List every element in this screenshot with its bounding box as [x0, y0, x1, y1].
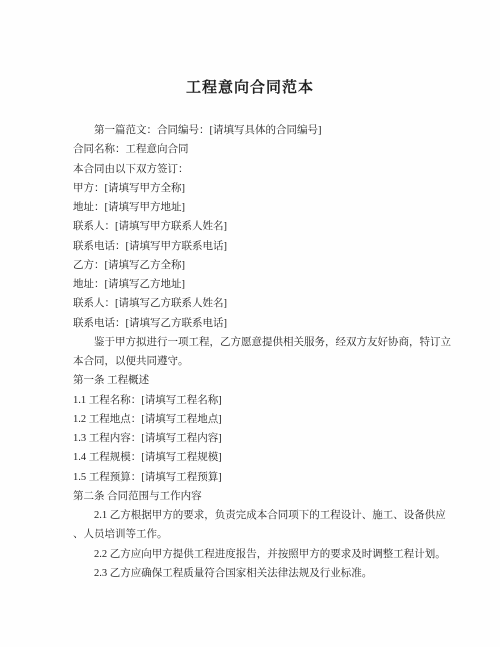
document-line: 1.2 工程地点：[请填写工程地点]: [73, 410, 435, 429]
document-line: 2.1 乙方根据甲方的要求，负责完成本合同项下的工程设计、施工、设备供应: [73, 506, 435, 525]
document-line: 、人员培训等工作。: [73, 525, 435, 544]
document-line: 2.2 乙方应向甲方提供工程进度报告，并按照甲方的要求及时调整工程计划。: [73, 545, 435, 564]
document-line: 1.5 工程预算：[请填写工程预算]: [73, 468, 435, 487]
document-line: 1.3 工程内容：[请填写工程内容]: [73, 429, 435, 448]
document-line: 联系电话：[请填写甲方联系电话]: [73, 237, 435, 256]
document-line: 1.4 工程规模：[请填写工程规模]: [73, 448, 435, 467]
document-line: 地址：[请填写乙方地址]: [73, 275, 435, 294]
document-line: 合同名称：工程意向合同: [73, 140, 435, 159]
document-line: 乙方：[请填写乙方全称]: [73, 256, 435, 275]
document-page: 工程意向合同范本 第一篇范文：合同编号：[请填写具体的合同编号]合同名称：工程意…: [0, 0, 500, 647]
document-line: 联系电话：[请填写乙方联系电话]: [73, 314, 435, 333]
document-line: 1.1 工程名称：[请填写工程名称]: [73, 391, 435, 410]
document-line: 联系人：[请填写乙方联系人姓名]: [73, 294, 435, 313]
document-line: 第二条 合同范围与工作内容: [73, 487, 435, 506]
document-body: 第一篇范文：合同编号：[请填写具体的合同编号]合同名称：工程意向合同本合同由以下…: [73, 121, 435, 583]
document-line: 鉴于甲方拟进行一项工程，乙方愿意提供相关服务，经双方友好协商，特订立: [73, 333, 435, 352]
document-line: 甲方：[请填写甲方全称]: [73, 179, 435, 198]
document-line: 第一条 工程概述: [73, 371, 435, 390]
document-line: 2.3 乙方应确保工程质量符合国家相关法律法规及行业标准。: [73, 564, 435, 583]
document-title: 工程意向合同范本: [0, 76, 500, 97]
document-line: 地址：[请填写甲方地址]: [73, 198, 435, 217]
document-line: 本合同，以便共同遵守。: [73, 352, 435, 371]
document-line: 第一篇范文：合同编号：[请填写具体的合同编号]: [73, 121, 435, 140]
document-line: 本合同由以下双方签订：: [73, 160, 435, 179]
document-line: 联系人：[请填写甲方联系人姓名]: [73, 217, 435, 236]
